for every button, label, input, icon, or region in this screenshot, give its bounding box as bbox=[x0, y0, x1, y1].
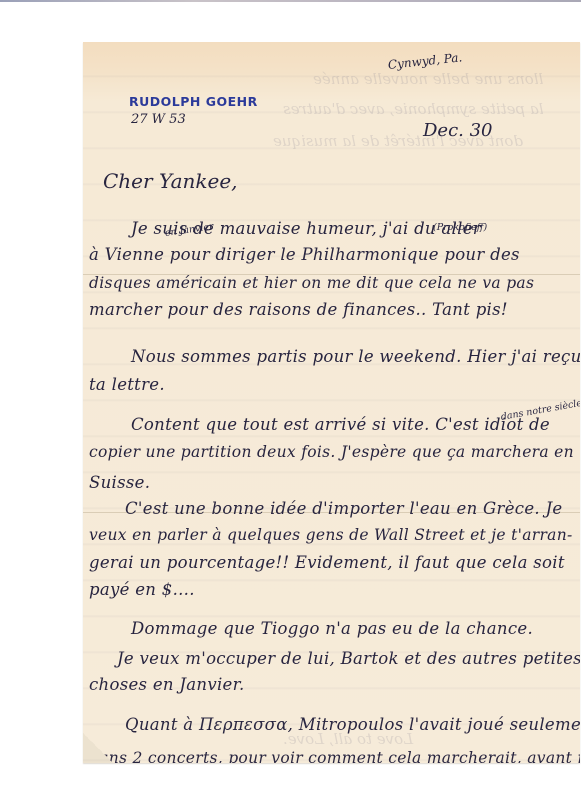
letter-line: Dommage que Tioggo n'a pas eu de la chan… bbox=[131, 619, 533, 638]
bleed-through-text: la petite symphonie, avec d'autres bbox=[283, 100, 544, 118]
letter-line: payé en $.... bbox=[89, 580, 195, 599]
letter-line: Content que tout est arrivé si vite. C'e… bbox=[131, 415, 550, 434]
letter-line: Nous sommes partis pour le weekend. Hier… bbox=[131, 347, 580, 366]
letter-line: disques américain et hier on me dit que … bbox=[89, 274, 534, 292]
letterhead-name: RUDOLPH GOEHR bbox=[129, 94, 258, 109]
letter-line: Je veux m'occuper de lui, Bartok et des … bbox=[117, 649, 580, 668]
letter-line: Suisse. bbox=[89, 473, 150, 492]
salutation: Cher Yankee, bbox=[103, 169, 238, 193]
letter-line: choses en Janvier. bbox=[89, 675, 245, 694]
letter-line: dans 2 concerts, pour voir comment cela … bbox=[89, 749, 580, 763]
letter-line: Quant à Περπεσσα, Mitropoulos l'avait jo… bbox=[125, 715, 580, 734]
letter-line: marcher pour des raisons de finances.. T… bbox=[89, 300, 508, 319]
letter-line: Je suis de mauvaise humeur, j'ai du alle… bbox=[131, 219, 481, 238]
bleed-through-text: llons une belle nouvelle année bbox=[313, 70, 543, 88]
scan-edge bbox=[0, 0, 581, 2]
paper-corner-fold bbox=[83, 733, 113, 763]
letter-line: C'est une bonne idée d'importer l'eau en… bbox=[125, 499, 562, 518]
letter-line: copier une partition deux fois. J'espère… bbox=[89, 443, 574, 461]
letter-line: veux en parler à quelques gens de Wall S… bbox=[89, 526, 573, 544]
letterhead-address: 27 W 53 bbox=[131, 112, 186, 127]
letter-line: à Vienne pour diriger le Philharmonique … bbox=[89, 245, 520, 264]
letter-place: Cynwyd, Pa. bbox=[387, 50, 463, 72]
letter-line: gerai un pourcentage!! Evidement, il fau… bbox=[89, 553, 565, 572]
letter-sheet: llons une belle nouvelle année la petite… bbox=[83, 42, 580, 763]
letter-line: ta lettre. bbox=[89, 375, 165, 394]
letter-date: Dec. 30 bbox=[423, 120, 493, 141]
